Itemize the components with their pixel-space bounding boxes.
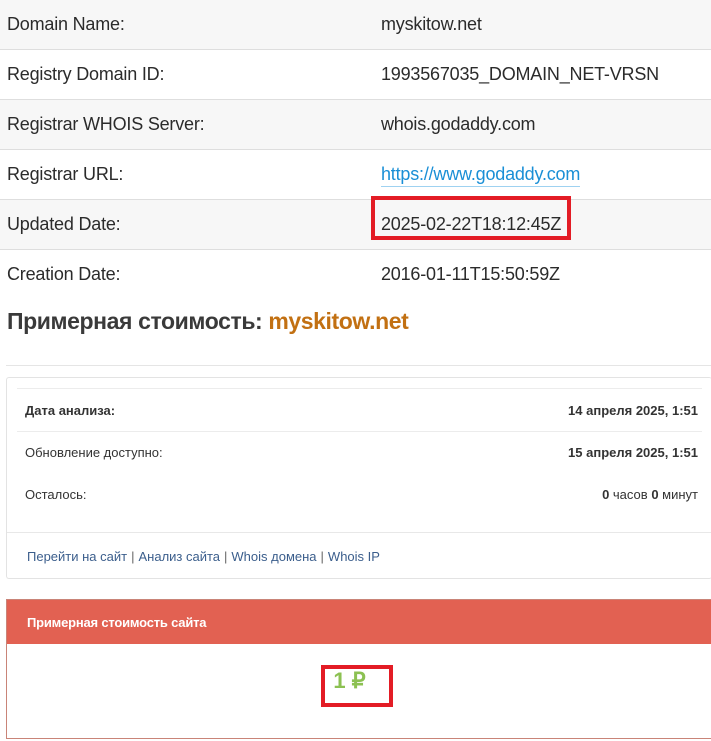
whois-value: 2025-02-22T18:12:45Z xyxy=(381,214,561,235)
remaining-row: Осталось: 0 часов 0 минут xyxy=(25,474,698,514)
whois-label: Domain Name: xyxy=(7,14,125,35)
remaining-label: Осталось: xyxy=(25,487,87,502)
whois-label: Updated Date: xyxy=(7,214,120,235)
whois-label: Registrar URL: xyxy=(7,164,123,185)
remaining-value: 0 часов 0 минут xyxy=(602,487,698,502)
whois-value: 2016-01-11T15:50:59Z xyxy=(381,264,560,285)
link-site-analysis[interactable]: Анализ сайта xyxy=(138,549,220,564)
link-separator: | xyxy=(321,549,324,564)
whois-row-registry-domain-id: Registry Domain ID: 1993567035_DOMAIN_NE… xyxy=(0,50,711,100)
link-whois-ip[interactable]: Whois IP xyxy=(328,549,380,564)
page-title: Примерная стоимость: myskitow.net xyxy=(7,308,408,335)
whois-value: 1993567035_DOMAIN_NET-VRSN xyxy=(381,64,659,85)
remaining-minutes: 0 xyxy=(651,487,658,502)
whois-table: Domain Name: myskitow.net Registry Domai… xyxy=(0,0,711,299)
whois-value: whois.godaddy.com xyxy=(381,114,535,135)
title-domain: myskitow.net xyxy=(268,308,408,334)
analysis-date-value: 14 апреля 2025, 1:51 xyxy=(568,403,698,418)
whois-row-domain-name: Domain Name: myskitow.net xyxy=(0,0,711,50)
title-prefix: Примерная стоимость: xyxy=(7,308,268,334)
link-separator: | xyxy=(224,549,227,564)
hours-unit: часов xyxy=(609,487,651,502)
site-value-amount: 1 ₽ xyxy=(7,668,711,694)
link-separator: | xyxy=(131,549,134,564)
site-value-header: Примерная стоимость сайта xyxy=(7,600,711,644)
whois-row-creation-date: Creation Date: 2016-01-11T15:50:59Z xyxy=(0,250,711,299)
registrar-url-link[interactable]: https://www.godaddy.com xyxy=(381,164,580,187)
whois-label: Creation Date: xyxy=(7,264,120,285)
site-value-card: Примерная стоимость сайта 1 ₽ xyxy=(6,599,711,739)
whois-row-updated-date: Updated Date: 2025-02-22T18:12:45Z xyxy=(0,200,711,250)
analysis-date-label: Дата анализа: xyxy=(25,403,115,418)
whois-label: Registry Domain ID: xyxy=(7,64,164,85)
update-available-label: Обновление доступно: xyxy=(25,445,163,460)
update-available-value: 15 апреля 2025, 1:51 xyxy=(568,445,698,460)
update-available-row: Обновление доступно: 15 апреля 2025, 1:5… xyxy=(25,432,698,472)
analysis-panel: Дата анализа: 14 апреля 2025, 1:51 Обнов… xyxy=(6,377,711,579)
minutes-unit: минут xyxy=(659,487,698,502)
whois-value: myskitow.net xyxy=(381,14,482,35)
analysis-date-row: Дата анализа: 14 апреля 2025, 1:51 xyxy=(25,390,698,430)
whois-value: https://www.godaddy.com xyxy=(381,164,580,185)
whois-label: Registrar WHOIS Server: xyxy=(7,114,204,135)
divider xyxy=(6,365,711,366)
divider xyxy=(17,388,702,389)
link-visit-site[interactable]: Перейти на сайт xyxy=(27,549,127,564)
whois-row-registrar-url: Registrar URL: https://www.godaddy.com xyxy=(0,150,711,200)
panel-links: Перейти на сайт | Анализ сайта | Whois д… xyxy=(7,532,711,579)
whois-row-whois-server: Registrar WHOIS Server: whois.godaddy.co… xyxy=(0,100,711,150)
link-whois-domain[interactable]: Whois домена xyxy=(231,549,316,564)
